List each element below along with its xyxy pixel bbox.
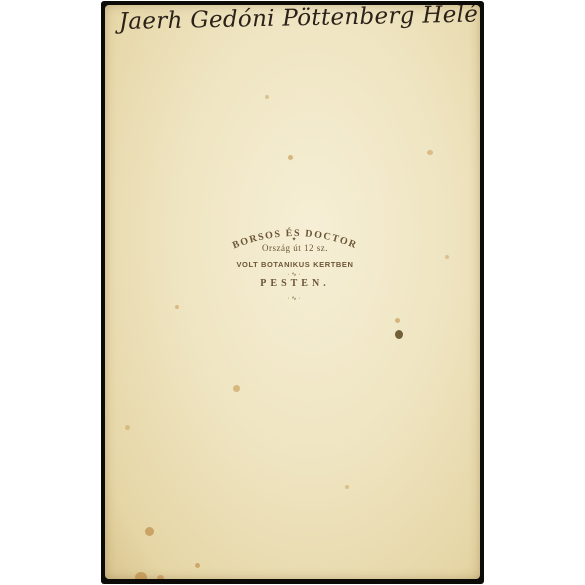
stain <box>175 305 179 309</box>
stain <box>445 255 449 259</box>
stain <box>395 330 403 339</box>
stain <box>195 563 200 568</box>
studio-address: Ország út 12 sz. <box>215 243 375 253</box>
studio-stamp: BORSOS ÉS DOCTOR ✦ Ország út 12 sz. VOLT… <box>215 215 375 335</box>
stain <box>135 572 147 579</box>
ornament: ✦ <box>215 236 375 243</box>
studio-location: VOLT BOTANIKUS KERTBEN <box>215 260 375 269</box>
stain <box>145 527 154 536</box>
stain <box>125 425 130 430</box>
stain <box>288 155 293 160</box>
photo-card-back: Jaerh Gedóni Pöttenberg Helén BORSOS ÉS … <box>105 5 480 579</box>
stain <box>233 385 240 392</box>
stain <box>395 318 400 323</box>
ornament: ·∿· <box>215 271 375 278</box>
stain <box>265 95 269 99</box>
stain <box>157 575 164 579</box>
stain <box>345 485 349 489</box>
studio-city: PESTEN. <box>215 278 375 289</box>
stain <box>427 150 433 155</box>
handwritten-inscription: Jaerh Gedóni Pöttenberg Helén <box>119 5 470 49</box>
ornament: ·∿· <box>215 295 375 302</box>
